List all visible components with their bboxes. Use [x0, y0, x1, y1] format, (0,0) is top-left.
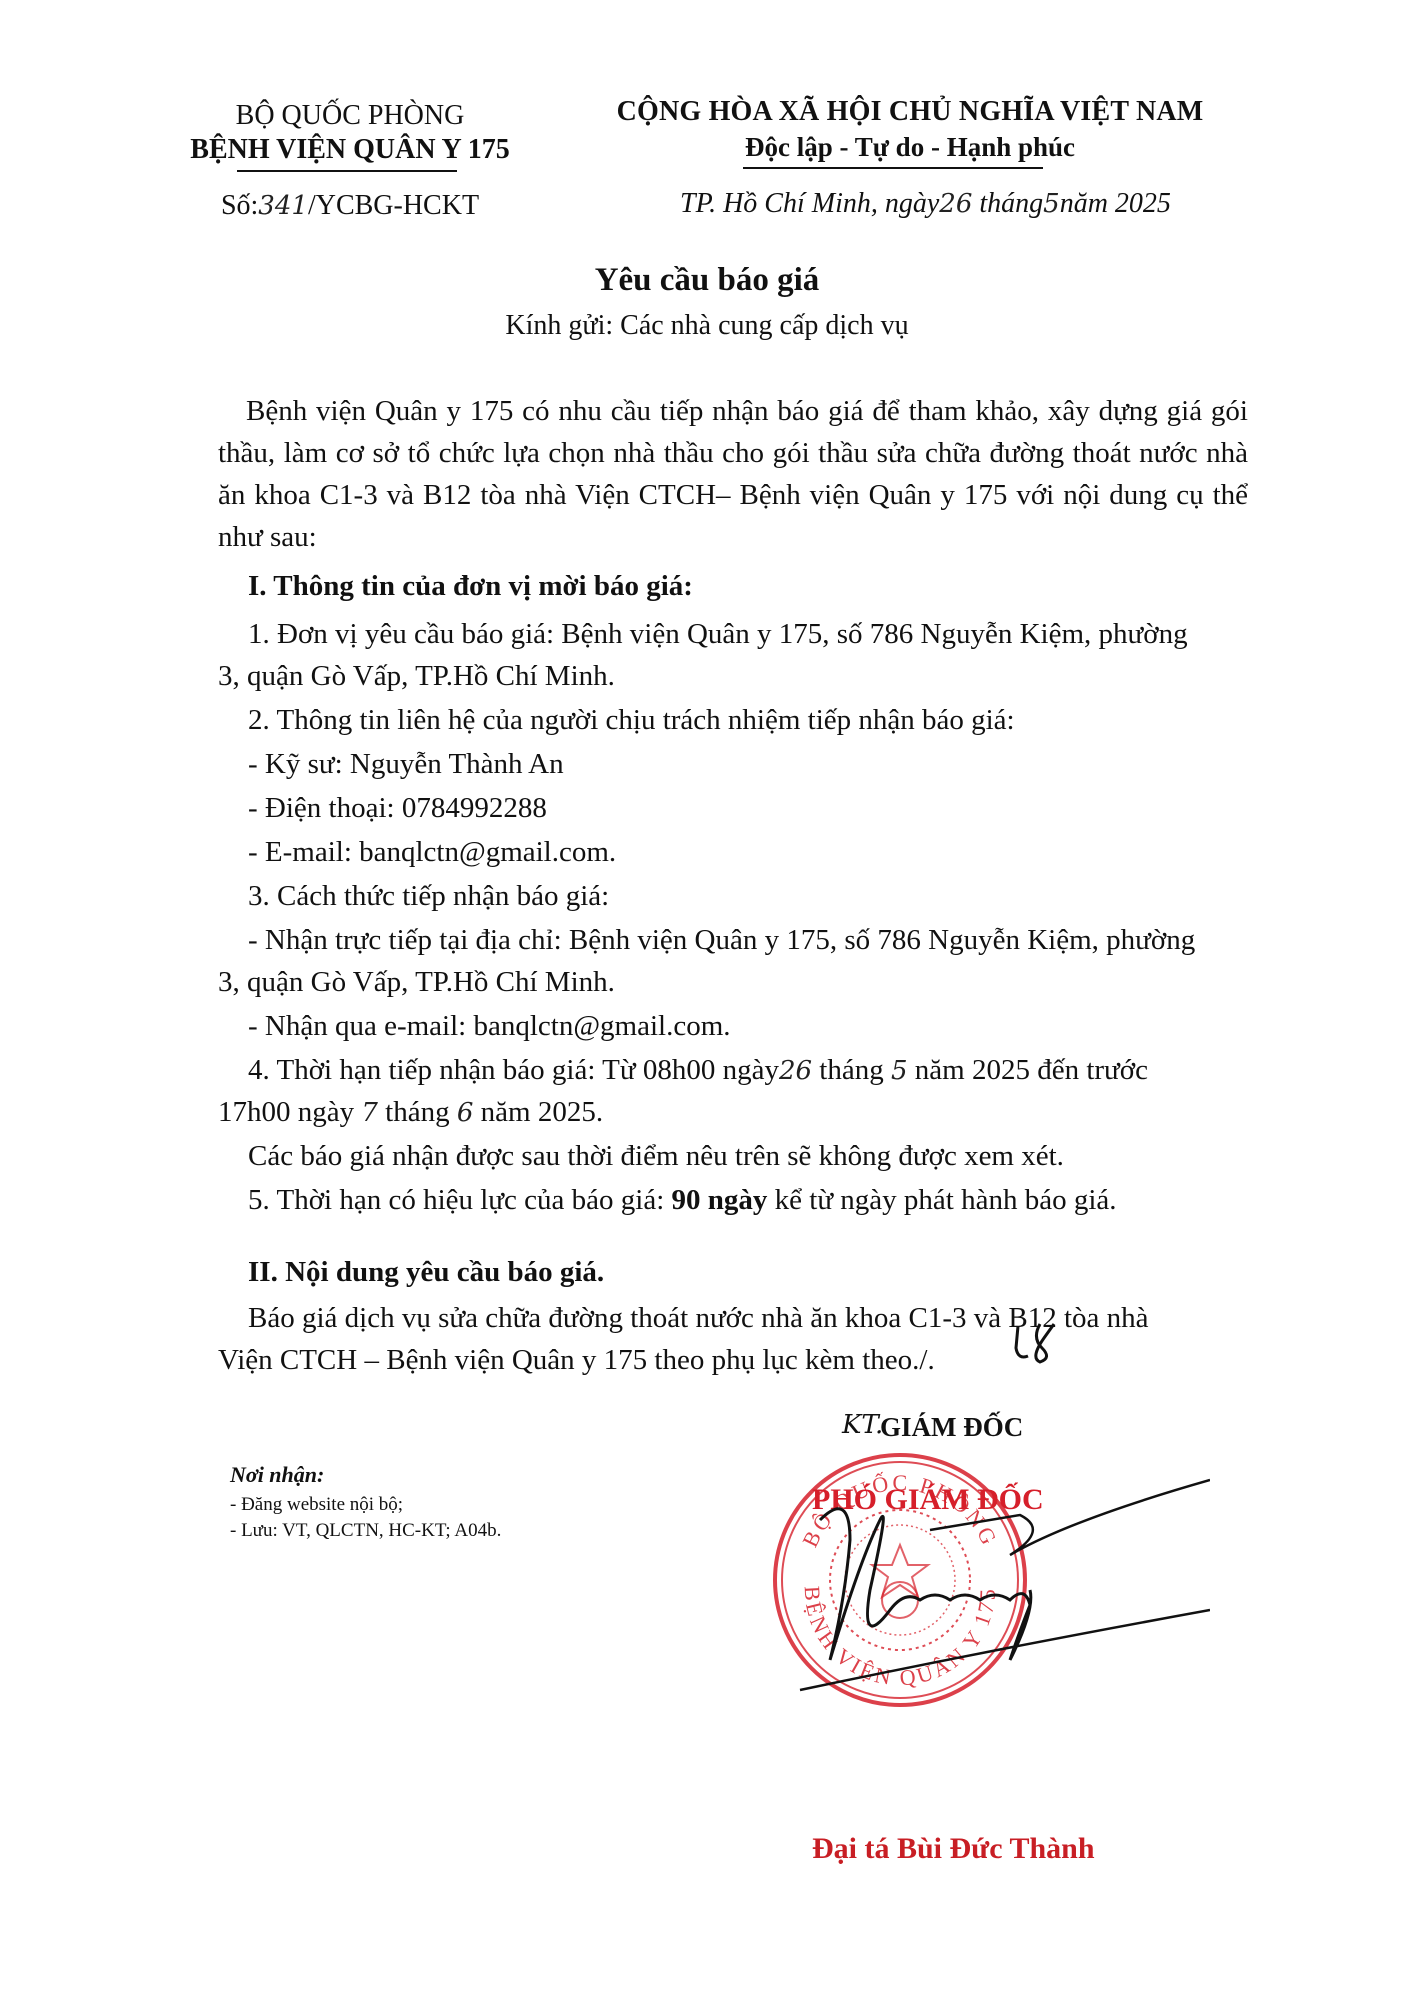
item5-validity: 90 ngày	[672, 1184, 768, 1216]
item4-end-month: 6	[457, 1098, 474, 1128]
item5-prefix: 5. Thời hạn có hiệu lực của báo giá:	[248, 1184, 672, 1216]
doc-no-prefix: Số:	[221, 190, 258, 221]
signer-name: Đại tá Bùi Đức Thành	[812, 1832, 1095, 1866]
item4-start-day: 26	[779, 1056, 812, 1086]
signer-title: GIÁM ĐỐC	[880, 1412, 1023, 1443]
doc-no-suffix: /YCBG-HCKT	[308, 190, 479, 221]
recipients-heading: Nơi nhận:	[230, 1462, 324, 1488]
section2-line2: Viện CTCH – Bệnh viện Quân y 175 theo ph…	[218, 1344, 935, 1377]
item4-prefix: 4. Thời hạn tiếp nhận báo giá: Từ 08h00 …	[248, 1054, 779, 1086]
recipient-line: Kính gửi: Các nhà cung cấp dịch vụ	[0, 310, 1414, 342]
item5-suffix: kể từ ngày phát hành báo giá.	[767, 1184, 1116, 1216]
method2: - Nhận qua e-mail: banqlctn@gmail.com.	[248, 1010, 731, 1043]
item2: 2. Thông tin liên hệ của người chịu trác…	[248, 704, 1015, 737]
method1-line2: 3, quận Gò Vấp, TP.Hồ Chí Minh.	[218, 966, 615, 999]
item4-mid: năm 2025 đến trước	[915, 1054, 1148, 1086]
method1-line1: - Nhận trực tiếp tại địa chỉ: Bệnh viện …	[248, 924, 1195, 957]
item4-end-day: 7	[361, 1098, 378, 1128]
item1-line2: 3, quận Gò Vấp, TP.Hồ Chí Minh.	[218, 660, 615, 693]
ministry-name: BỘ QUỐC PHÒNG	[160, 100, 540, 132]
contact-name: - Kỹ sư: Nguyễn Thành An	[248, 748, 564, 781]
item3: 3. Cách thức tiếp nhận báo giá:	[248, 880, 609, 913]
document-date: TP. Hồ Chí Minh, ngày26 tháng5năm 2025	[680, 188, 1171, 220]
item4-month-label-2: tháng	[385, 1096, 449, 1128]
date-day-handwritten: 26	[939, 189, 972, 219]
motto-underline	[743, 167, 1043, 169]
item4-end-year: năm 2025.	[481, 1096, 603, 1128]
item4-start-month: 5	[891, 1056, 908, 1086]
republic-name: CỘNG HÒA XÃ HỘI CHỦ NGHĨA VIỆT NAM	[590, 96, 1230, 128]
handwritten-initial-icon	[1010, 1318, 1060, 1368]
doc-no-handwritten: 341	[258, 191, 308, 221]
item4-month-label: tháng	[819, 1054, 883, 1086]
item4-line2-prefix: 17h00 ngày	[218, 1096, 354, 1128]
date-prefix: TP. Hồ Chí Minh, ngày	[680, 188, 939, 219]
item4-line1: 4. Thời hạn tiếp nhận báo giá: Từ 08h00 …	[248, 1054, 1148, 1087]
date-month-handwritten: 5	[1043, 189, 1060, 219]
handwritten-signature-icon	[790, 1460, 1210, 1700]
date-month-label: tháng	[979, 188, 1043, 219]
late-note: Các báo giá nhận được sau thời điểm nêu …	[248, 1140, 1064, 1173]
document-title: Yêu cầu báo giá	[0, 262, 1414, 299]
kt-handwritten-mark: KT.	[842, 1410, 883, 1440]
contact-email: - E-mail: banqlctn@gmail.com.	[248, 836, 616, 869]
section2-heading: II. Nội dung yêu cầu báo giá.	[248, 1256, 604, 1289]
recipient-item: - Đăng website nội bộ;	[230, 1494, 403, 1516]
recipient-item: - Lưu: VT, QLCTN, HC-KT; A04b.	[230, 1520, 501, 1542]
date-year: năm 2025	[1060, 188, 1171, 219]
intro-paragraph: Bệnh viện Quân y 175 có nhu cầu tiếp nhậ…	[218, 390, 1248, 558]
document-number: Số:341/YCBG-HCKT	[160, 190, 540, 222]
hospital-underline	[237, 170, 457, 172]
contact-phone: - Điện thoại: 0784992288	[248, 792, 547, 825]
national-motto: Độc lập - Tự do - Hạnh phúc	[590, 132, 1230, 163]
item5: 5. Thời hạn có hiệu lực của báo giá: 90 …	[248, 1184, 1117, 1217]
section1-heading: I. Thông tin của đơn vị mời báo giá:	[248, 570, 693, 603]
item1-line1: 1. Đơn vị yêu cầu báo giá: Bệnh viện Quâ…	[248, 618, 1188, 651]
hospital-name: BỆNH VIỆN QUÂN Y 175	[160, 134, 540, 166]
item4-line2: 17h00 ngày 7 tháng 6 năm 2025.	[218, 1096, 603, 1129]
